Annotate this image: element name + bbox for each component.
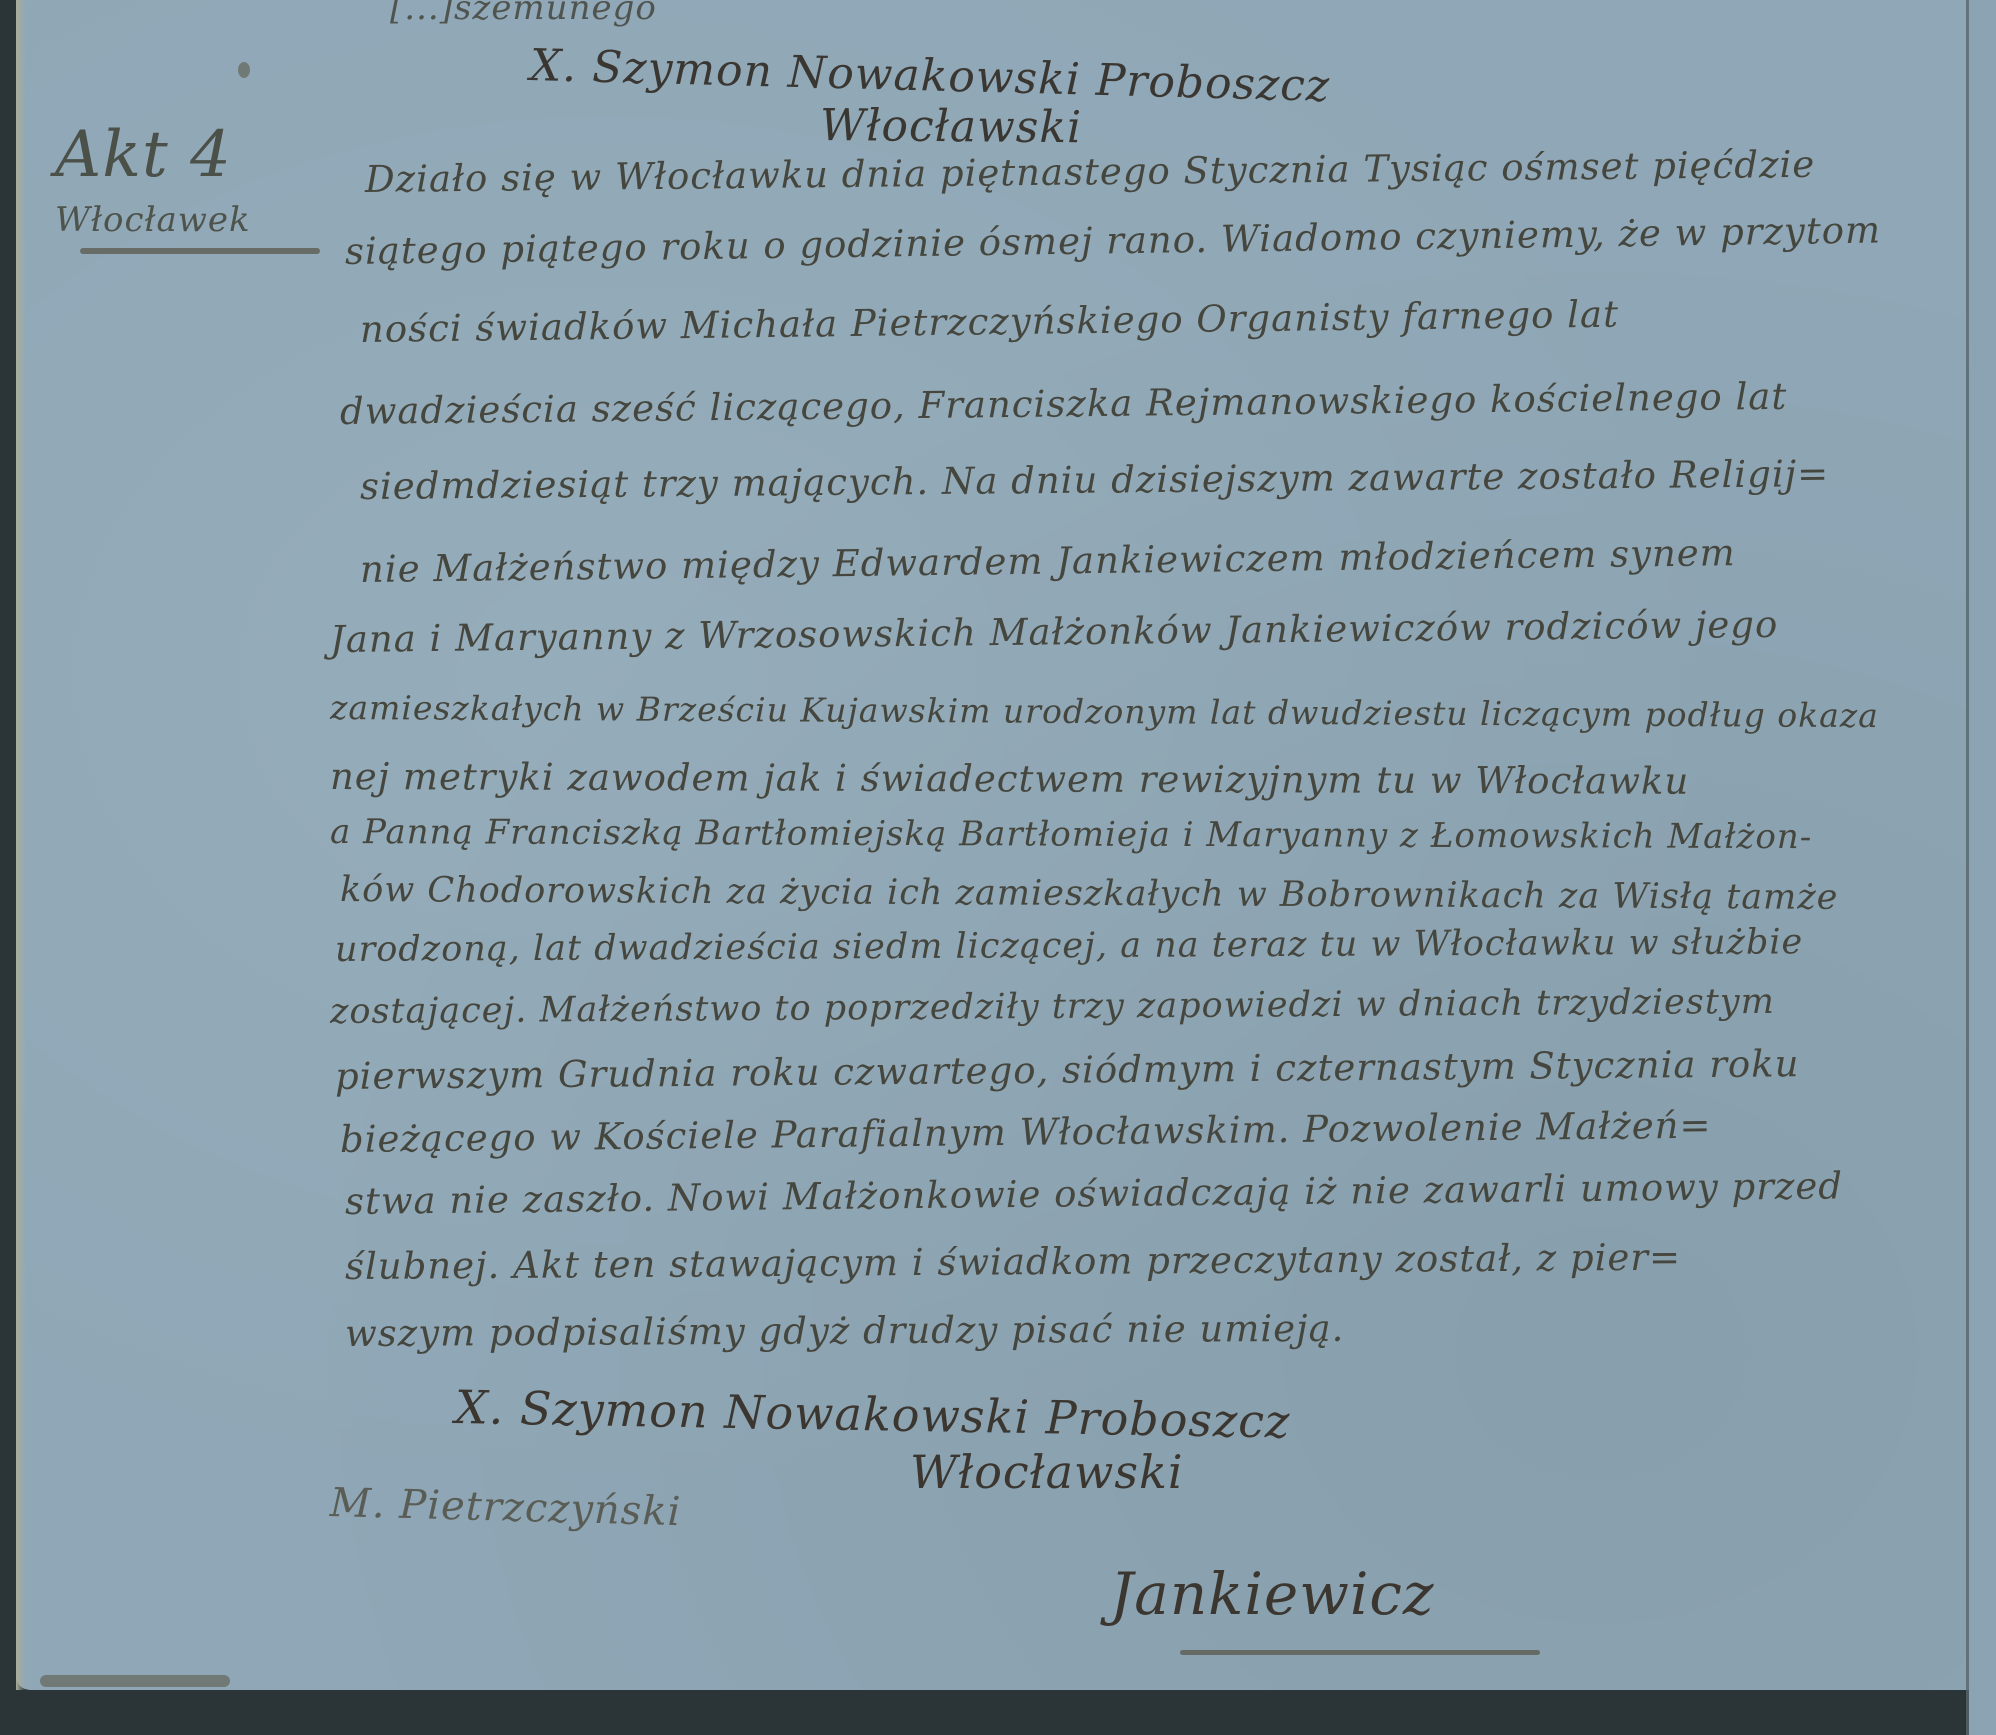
adjacent-page-edge	[1969, 0, 1996, 1735]
signature-underline	[1180, 1650, 1540, 1655]
ink-spot	[238, 62, 250, 78]
body-line-10: a Panną Franciszką Bartłomiejską Bartłom…	[330, 812, 1812, 857]
top-fragment: [...]szemunego	[390, 0, 657, 28]
paper-edge	[16, 0, 26, 1690]
signature-witness: M. Pietrzczyński	[329, 1480, 682, 1535]
body-line-11: ków Chodorowskich za życia ich zamieszka…	[340, 870, 1839, 918]
body-line-8: zamieszkałych w Brześciu Kujawskim urodz…	[330, 688, 1879, 735]
signature-title: Włocławski	[910, 1445, 1184, 1499]
body-line-18: wszym podpisaliśmy gdyż drudzy pisać nie…	[345, 1307, 1345, 1355]
margin-act-number: Akt 4	[55, 118, 232, 192]
signature-groom: Jankiewicz	[1110, 1560, 1434, 1628]
margin-place: Włocławek	[55, 200, 251, 240]
ink-smear	[40, 1675, 230, 1687]
margin-underline	[80, 248, 320, 254]
body-line-12: urodzoną, lat dwadzieścia siedm liczącej…	[335, 922, 1803, 970]
header-title: Włocławski	[820, 100, 1083, 153]
body-line-9: nej metryki zawodem jak i świadectwem re…	[330, 755, 1689, 803]
